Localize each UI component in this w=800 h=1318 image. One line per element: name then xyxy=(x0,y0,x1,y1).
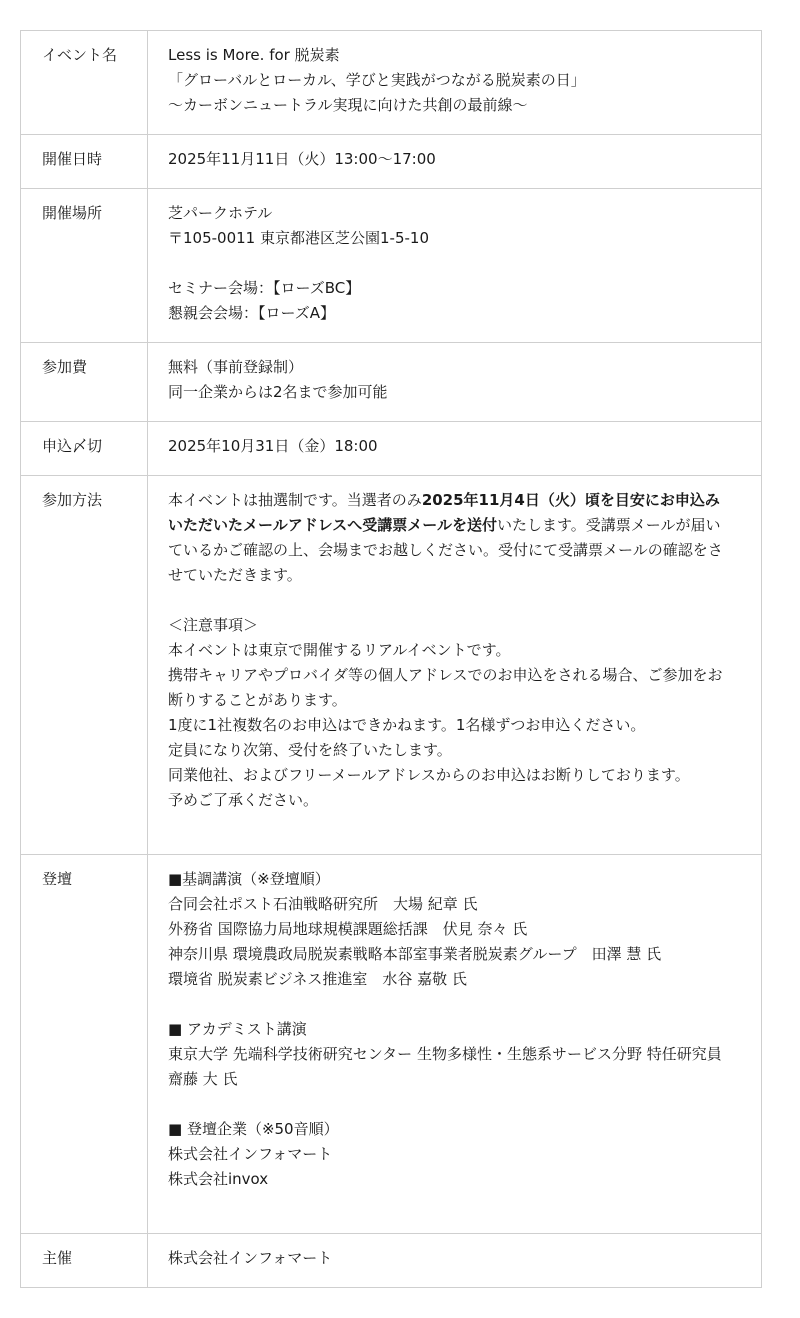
label-venue: 開催場所 xyxy=(21,189,148,343)
label-speakers: 登壇 xyxy=(21,855,148,1234)
event-title-line-2: 「グローバルとローカル、学びと実践がつながる脱炭素の日」 xyxy=(168,68,731,93)
row-method: 参加方法 本イベントは抽選制です。当選者のみ2025年11月4日（火）頃を目安に… xyxy=(21,476,762,855)
row-fee: 参加費 無料（事前登録制） 同一企業からは2名まで参加可能 xyxy=(21,343,762,422)
row-venue: 開催場所 芝パークホテル 〒105-0011 東京都港区芝公園1-5-10 セミ… xyxy=(21,189,762,343)
note-item: 携帯キャリアやプロバイダ等の個人アドレスでのお申込をされる場合、ご参加をお断りす… xyxy=(168,663,731,713)
spacer xyxy=(168,1092,731,1117)
event-date: 2025年11月11日（火）13:00～17:00 xyxy=(168,147,731,172)
spacer xyxy=(168,251,731,276)
label-deadline: 申込〆切 xyxy=(21,422,148,476)
note-item: 定員になり次第、受付を終了いたします。 xyxy=(168,738,731,763)
label-date: 開催日時 xyxy=(21,135,148,189)
keynote-heading: ■基調講演（※登壇順） xyxy=(168,867,731,892)
value-venue: 芝パークホテル 〒105-0011 東京都港区芝公園1-5-10 セミナー会場：… xyxy=(148,189,762,343)
value-event-name: Less is More. for 脱炭素 「グローバルとローカル、学びと実践が… xyxy=(148,31,762,135)
venue-name: 芝パークホテル xyxy=(168,201,731,226)
row-speakers: 登壇 ■基調講演（※登壇順） 合同会社ポスト石油戦略研究所 大場 紀章 氏 外務… xyxy=(21,855,762,1234)
row-deadline: 申込〆切 2025年10月31日（金）18:00 xyxy=(21,422,762,476)
event-title-line-1: Less is More. for 脱炭素 xyxy=(168,43,731,68)
keynote-speaker: 神奈川県 環境農政局脱炭素戦略本部室事業者脱炭素グループ 田澤 慧 氏 xyxy=(168,942,731,967)
keynote-speaker: 外務省 国際協力局地球規模課題総括課 伏見 奈々 氏 xyxy=(168,917,731,942)
keynote-speaker: 環境省 脱炭素ビジネス推進室 水谷 嘉敬 氏 xyxy=(168,967,731,992)
party-room: 懇親会会場：【ローズA】 xyxy=(168,301,731,326)
label-host: 主催 xyxy=(21,1234,148,1288)
note-item: 1度に1社複数名のお申込はできかねます。1名様ずつお申込ください。 xyxy=(168,713,731,738)
label-event-name: イベント名 xyxy=(21,31,148,135)
label-method: 参加方法 xyxy=(21,476,148,855)
seminar-room: セミナー会場：【ローズBC】 xyxy=(168,276,731,301)
method-intro: 本イベントは抽選制です。当選者のみ2025年11月4日（火）頃を目安にお申込みい… xyxy=(168,488,731,588)
row-event-name: イベント名 Less is More. for 脱炭素 「グローバルとローカル、… xyxy=(21,31,762,135)
deadline-date: 2025年10月31日（金）18:00 xyxy=(168,434,731,459)
event-title-line-3: ～カーボンニュートラル実現に向けた共創の最前線～ xyxy=(168,93,731,118)
row-date: 開催日時 2025年11月11日（火）13:00～17:00 xyxy=(21,135,762,189)
spacer xyxy=(168,588,731,613)
company-item: 株式会社invox xyxy=(168,1167,731,1192)
keynote-speaker: 合同会社ポスト石油戦略研究所 大場 紀章 氏 xyxy=(168,892,731,917)
row-host: 主催 株式会社インフォマート xyxy=(21,1234,762,1288)
value-method: 本イベントは抽選制です。当選者のみ2025年11月4日（火）頃を目安にお申込みい… xyxy=(148,476,762,855)
note-item: 予めご了承ください。 xyxy=(168,788,731,813)
event-info-table: イベント名 Less is More. for 脱炭素 「グローバルとローカル、… xyxy=(20,30,762,1288)
notes-heading: ＜注意事項＞ xyxy=(168,613,731,638)
host-name: 株式会社インフォマート xyxy=(168,1246,731,1271)
note-item: 同業他社、およびフリーメールアドレスからのお申込はお断りしております。 xyxy=(168,763,731,788)
fee-line-1: 無料（事前登録制） xyxy=(168,355,731,380)
academic-speaker: 東京大学 先端科学技術研究センター 生物多様性・生態系サービス分野 特任研究員 … xyxy=(168,1042,731,1092)
fee-line-2: 同一企業からは2名まで参加可能 xyxy=(168,380,731,405)
companies-heading: ■ 登壇企業（※50音順） xyxy=(168,1117,731,1142)
value-speakers: ■基調講演（※登壇順） 合同会社ポスト石油戦略研究所 大場 紀章 氏 外務省 国… xyxy=(148,855,762,1234)
company-item: 株式会社インフォマート xyxy=(168,1142,731,1167)
value-date: 2025年11月11日（火）13:00～17:00 xyxy=(148,135,762,189)
venue-address: 〒105-0011 東京都港区芝公園1-5-10 xyxy=(168,226,731,251)
label-fee: 参加費 xyxy=(21,343,148,422)
value-host: 株式会社インフォマート xyxy=(148,1234,762,1288)
method-intro-pre: 本イベントは抽選制です。当選者のみ xyxy=(168,491,422,509)
academic-heading: ■ アカデミスト講演 xyxy=(168,1017,731,1042)
note-item: 本イベントは東京で開催するリアルイベントです。 xyxy=(168,638,731,663)
spacer xyxy=(168,992,731,1017)
value-deadline: 2025年10月31日（金）18:00 xyxy=(148,422,762,476)
value-fee: 無料（事前登録制） 同一企業からは2名まで参加可能 xyxy=(148,343,762,422)
